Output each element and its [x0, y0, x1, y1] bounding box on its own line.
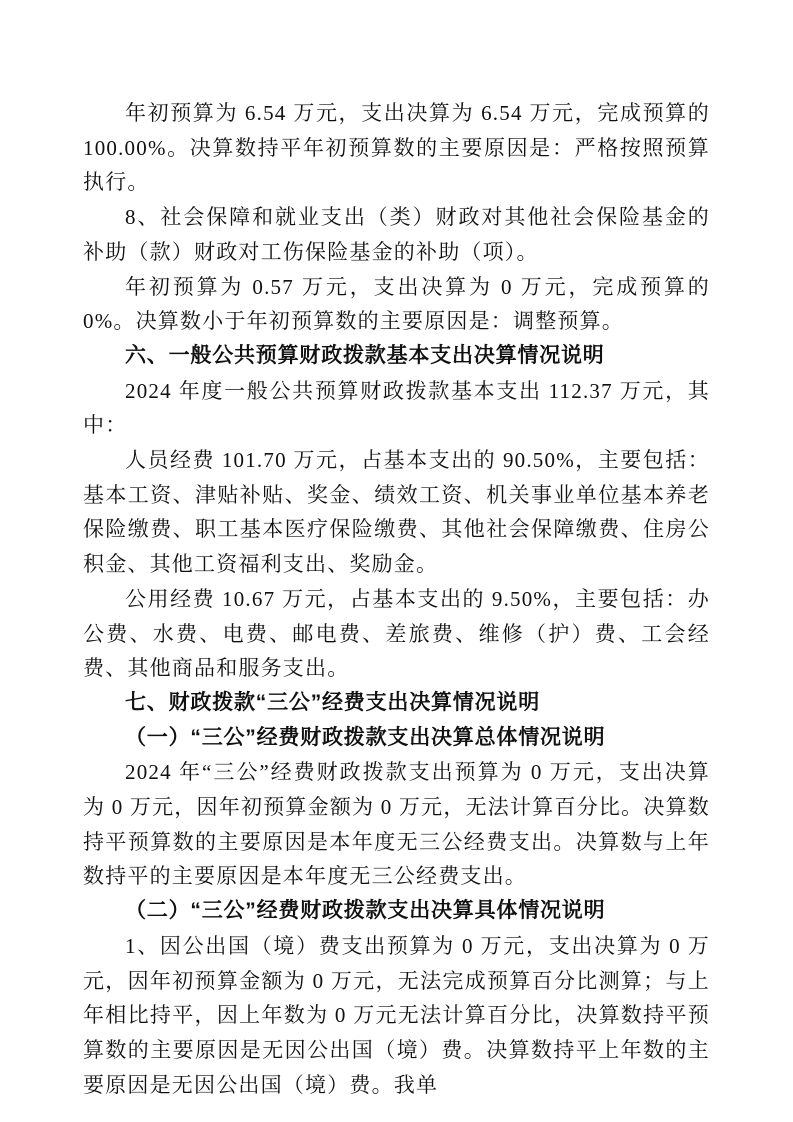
paragraph-overseas-travel: 1、因公出国（境）费支出预算为 0 万元，支出决算为 0 万元，因年初预算金额为…: [83, 929, 710, 1103]
subsection-heading-two: （二）“三公”经费财政拨款支出决算具体情况说明: [83, 894, 710, 929]
paragraph-public-funds: 公用经费 10.67 万元，占基本支出的 9.50%，主要包括：办公费、水费、电…: [83, 582, 710, 686]
paragraph-personnel-funds: 人员经费 101.70 万元，占基本支出的 90.50%，主要包括：基本工资、津…: [83, 443, 710, 582]
subsection-heading-one: （一）“三公”经费财政拨款支出决算总体情况说明: [83, 721, 710, 756]
document-page: 年初预算为 6.54 万元，支出决算为 6.54 万元，完成预算的 100.00…: [0, 0, 793, 1122]
paragraph-basic-expenditure-total: 2024 年度一般公共预算财政拨款基本支出 112.37 万元，其中：: [83, 374, 710, 443]
paragraph-budget-6-54: 年初预算为 6.54 万元，支出决算为 6.54 万元，完成预算的 100.00…: [83, 96, 710, 200]
document-body: 年初预算为 6.54 万元，支出决算为 6.54 万元，完成预算的 100.00…: [83, 96, 710, 1102]
paragraph-sangong-overall: 2024 年“三公”经费财政拨款支出预算为 0 万元，支出决算为 0 万元，因年…: [83, 755, 710, 894]
section-heading-six: 六、一般公共预算财政拨款基本支出决算情况说明: [83, 339, 710, 374]
section-heading-seven: 七、财政拨款“三公”经费支出决算情况说明: [83, 686, 710, 721]
paragraph-item-8-social-security: 8、社会保障和就业支出（类）财政对其他社会保险基金的补助（款）财政对工伤保险基金…: [83, 200, 710, 269]
paragraph-budget-0-57: 年初预算为 0.57 万元，支出决算为 0 万元，完成预算的 0%。决算数小于年…: [83, 270, 710, 339]
